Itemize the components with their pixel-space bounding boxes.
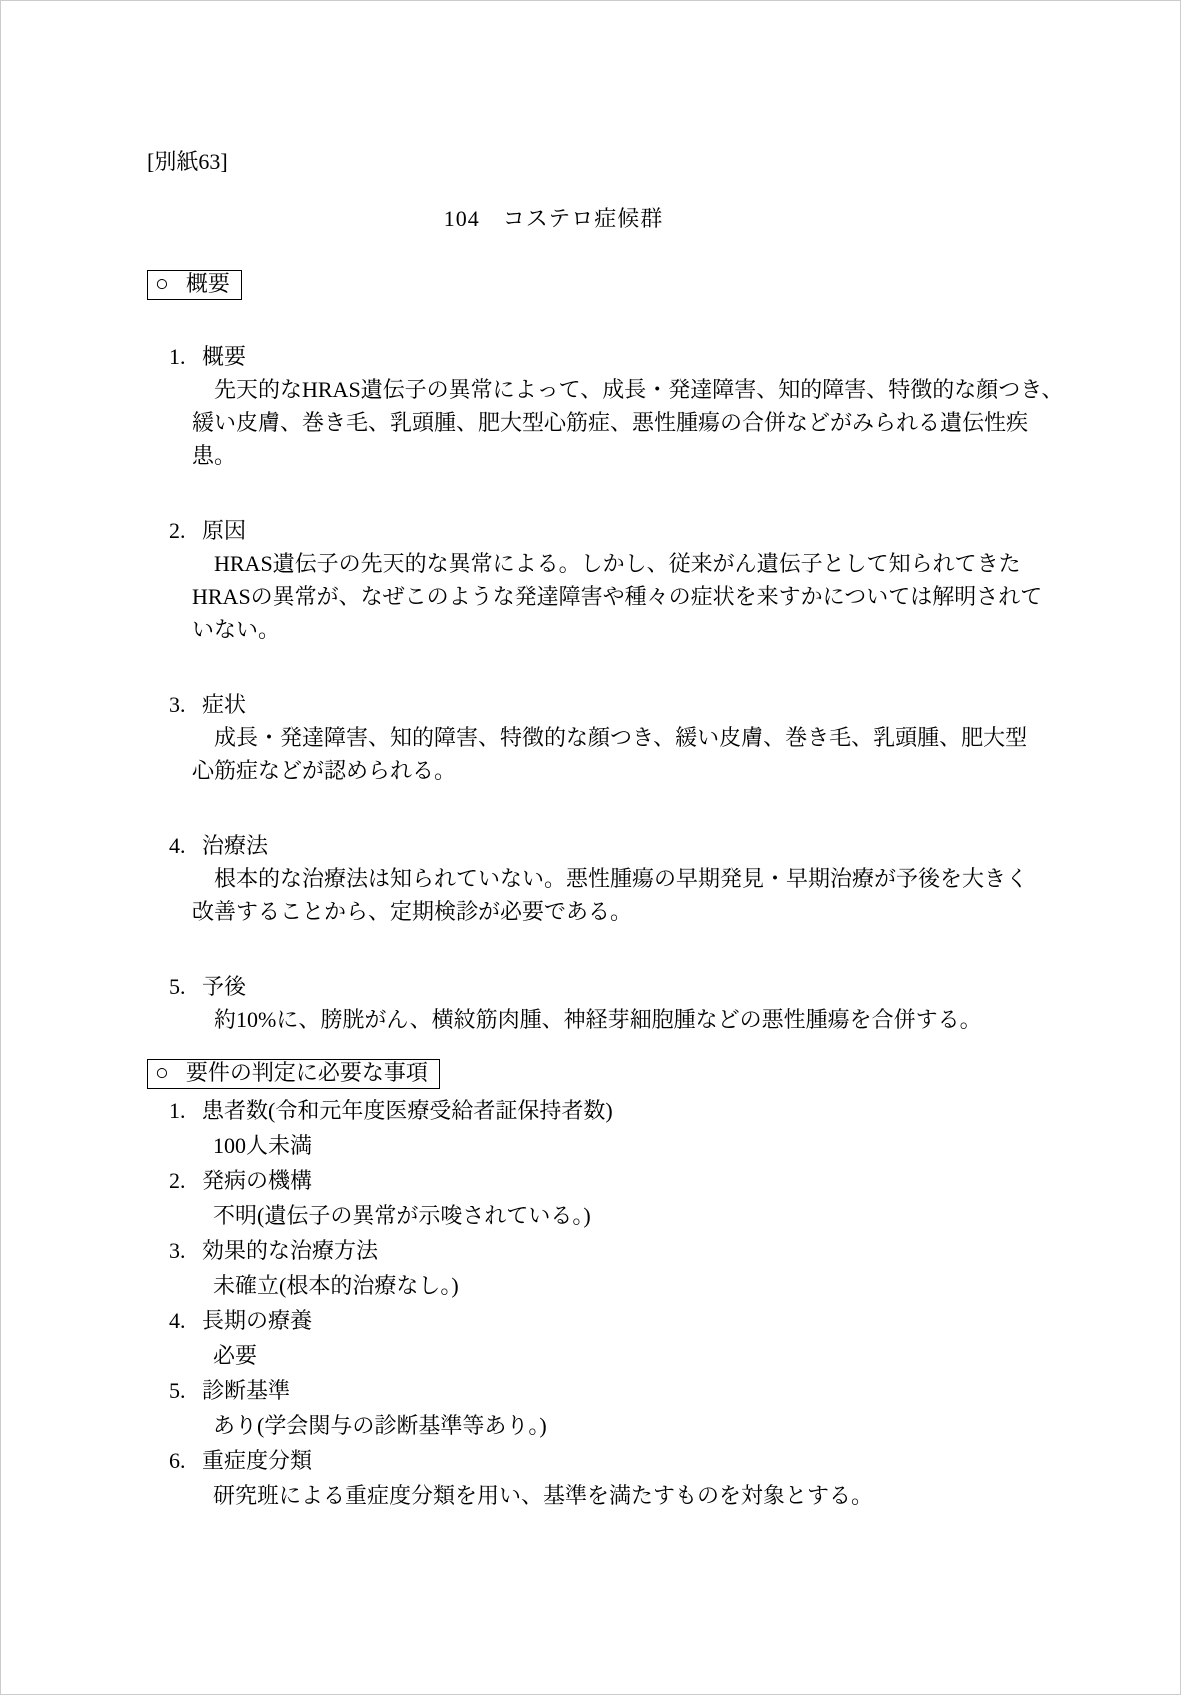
- page-title: 104 コステロ症候群: [0, 206, 1181, 232]
- criteria-item-heading: 5. 診断基準: [169, 1373, 1181, 1408]
- criteria-item-value: あり(学会関与の診断基準等あり。): [213, 1408, 1181, 1443]
- criteria-item-number: 6.: [169, 1443, 202, 1478]
- criteria-item-label: 診断基準: [202, 1373, 290, 1408]
- criteria-list: 1. 患者数(令和元年度医療受給者証保持者数) 100人未満 2. 発病の機構 …: [0, 1093, 1181, 1513]
- paragraph-line: 患。: [192, 439, 1181, 472]
- section-paragraph: 約10%に、膀胱がん、横紋筋肉腫、神経芽細胞腫などの悪性腫瘍を合併する。: [0, 1003, 1181, 1036]
- criteria-item-value: 研究班による重症度分類を用い、基準を満たすものを対象とする。: [213, 1478, 1181, 1513]
- criteria-item-heading: 6. 重症度分類: [169, 1443, 1181, 1478]
- section-heading: 1. 概要: [169, 340, 1181, 373]
- overview-heading-label: 概要: [186, 272, 230, 296]
- section-heading: 4. 治療法: [169, 829, 1181, 862]
- criteria-item-heading: 2. 発病の機構: [169, 1163, 1181, 1198]
- criteria-item-value: 100人未満: [213, 1128, 1181, 1163]
- circle-marker-icon: ○: [155, 1061, 169, 1085]
- criteria-item: 4. 長期の療養 必要: [0, 1303, 1181, 1373]
- section-paragraph: 先天的なHRAS遺伝子の異常によって、成長・発達障害、知的障害、特徴的な顔つき、…: [0, 373, 1181, 472]
- criteria-item-label: 長期の療養: [202, 1303, 312, 1338]
- paragraph-line: 成長・発達障害、知的障害、特徴的な顔つき、緩い皮膚、巻き毛、乳頭腫、肥大型: [192, 721, 1181, 754]
- criteria-item: 5. 診断基準 あり(学会関与の診断基準等あり。): [0, 1373, 1181, 1443]
- paragraph-line: HRAS遺伝子の先天的な異常による。しかし、従来がん遺伝子として知られてきた: [192, 547, 1181, 580]
- section-heading-label: 原因: [202, 514, 246, 547]
- section-number: 5.: [169, 970, 202, 1003]
- overview-sections: 1. 概要 先天的なHRAS遺伝子の異常によって、成長・発達障害、知的障害、特徴…: [0, 340, 1181, 1036]
- criteria-item-label: 効果的な治療方法: [202, 1233, 378, 1268]
- overview-section: 4. 治療法 根本的な治療法は知られていない。悪性腫瘍の早期発見・早期治療が予後…: [0, 829, 1181, 928]
- section-paragraph: 根本的な治療法は知られていない。悪性腫瘍の早期発見・早期治療が予後を大きく改善す…: [0, 862, 1181, 928]
- section-number: 3.: [169, 688, 202, 721]
- criteria-item-value: 未確立(根本的治療なし。): [213, 1268, 1181, 1303]
- section-number: 2.: [169, 514, 202, 547]
- section-heading-label: 概要: [202, 340, 246, 373]
- overview-section: 2. 原因 HRAS遺伝子の先天的な異常による。しかし、従来がん遺伝子として知ら…: [0, 514, 1181, 646]
- section-paragraph: 成長・発達障害、知的障害、特徴的な顔つき、緩い皮膚、巻き毛、乳頭腫、肥大型心筋症…: [0, 721, 1181, 787]
- criteria-item-label: 発病の機構: [202, 1163, 312, 1198]
- criteria-item-number: 3.: [169, 1233, 202, 1268]
- criteria-heading-label: 要件の判定に必要な事項: [186, 1061, 428, 1085]
- paragraph-line: 先天的なHRAS遺伝子の異常によって、成長・発達障害、知的障害、特徴的な顔つき、: [192, 373, 1181, 406]
- criteria-item-heading: 3. 効果的な治療方法: [169, 1233, 1181, 1268]
- overview-section: 5. 予後 約10%に、膀胱がん、横紋筋肉腫、神経芽細胞腫などの悪性腫瘍を合併す…: [0, 970, 1181, 1036]
- criteria-item: 1. 患者数(令和元年度医療受給者証保持者数) 100人未満: [0, 1093, 1181, 1163]
- section-number: 1.: [169, 340, 202, 373]
- paragraph-line: いない。: [192, 613, 1181, 646]
- criteria-item-label: 重症度分類: [202, 1443, 312, 1478]
- criteria-item-number: 5.: [169, 1373, 202, 1408]
- criteria-item-number: 4.: [169, 1303, 202, 1338]
- section-heading-label: 予後: [202, 970, 246, 1003]
- section-heading-label: 症状: [202, 688, 246, 721]
- attachment-label: [別紙63]: [147, 149, 228, 175]
- section-heading: 2. 原因: [169, 514, 1181, 547]
- paragraph-line: 心筋症などが認められる。: [192, 754, 1181, 787]
- circle-marker-icon: ○: [155, 272, 169, 296]
- paragraph-line: 根本的な治療法は知られていない。悪性腫瘍の早期発見・早期治療が予後を大きく: [192, 862, 1181, 895]
- section-heading: 5. 予後: [169, 970, 1181, 1003]
- paragraph-line: 緩い皮膚、巻き毛、乳頭腫、肥大型心筋症、悪性腫瘍の合併などがみられる遺伝性疾: [192, 406, 1181, 439]
- criteria-heading-box: ○ 要件の判定に必要な事項: [147, 1059, 440, 1089]
- section-heading-label: 治療法: [202, 829, 268, 862]
- criteria-item: 2. 発病の機構 不明(遺伝子の異常が示唆されている。): [0, 1163, 1181, 1233]
- criteria-item: 6. 重症度分類 研究班による重症度分類を用い、基準を満たすものを対象とする。: [0, 1443, 1181, 1513]
- overview-heading-box: ○ 概要: [147, 270, 242, 300]
- criteria-item-number: 2.: [169, 1163, 202, 1198]
- criteria-item-value: 必要: [213, 1338, 1181, 1373]
- document-page: [別紙63] 104 コステロ症候群 ○ 概要 1. 概要 先天的なHRAS遺伝…: [0, 0, 1181, 1695]
- overview-section: 3. 症状 成長・発達障害、知的障害、特徴的な顔つき、緩い皮膚、巻き毛、乳頭腫、…: [0, 688, 1181, 787]
- criteria-item-label: 患者数(令和元年度医療受給者証保持者数): [202, 1093, 613, 1128]
- section-number: 4.: [169, 829, 202, 862]
- section-heading: 3. 症状: [169, 688, 1181, 721]
- paragraph-line: HRASの異常が、なぜこのような発達障害や種々の症状を来すかについては解明されて: [192, 580, 1181, 613]
- criteria-item-heading: 4. 長期の療養: [169, 1303, 1181, 1338]
- criteria-item: 3. 効果的な治療方法 未確立(根本的治療なし。): [0, 1233, 1181, 1303]
- paragraph-line: 約10%に、膀胱がん、横紋筋肉腫、神経芽細胞腫などの悪性腫瘍を合併する。: [192, 1003, 1181, 1036]
- overview-section: 1. 概要 先天的なHRAS遺伝子の異常によって、成長・発達障害、知的障害、特徴…: [0, 340, 1181, 472]
- paragraph-line: 改善することから、定期検診が必要である。: [192, 895, 1181, 928]
- section-paragraph: HRAS遺伝子の先天的な異常による。しかし、従来がん遺伝子として知られてきたHR…: [0, 547, 1181, 646]
- criteria-item-heading: 1. 患者数(令和元年度医療受給者証保持者数): [169, 1093, 1181, 1128]
- criteria-item-value: 不明(遺伝子の異常が示唆されている。): [213, 1198, 1181, 1233]
- criteria-item-number: 1.: [169, 1093, 202, 1128]
